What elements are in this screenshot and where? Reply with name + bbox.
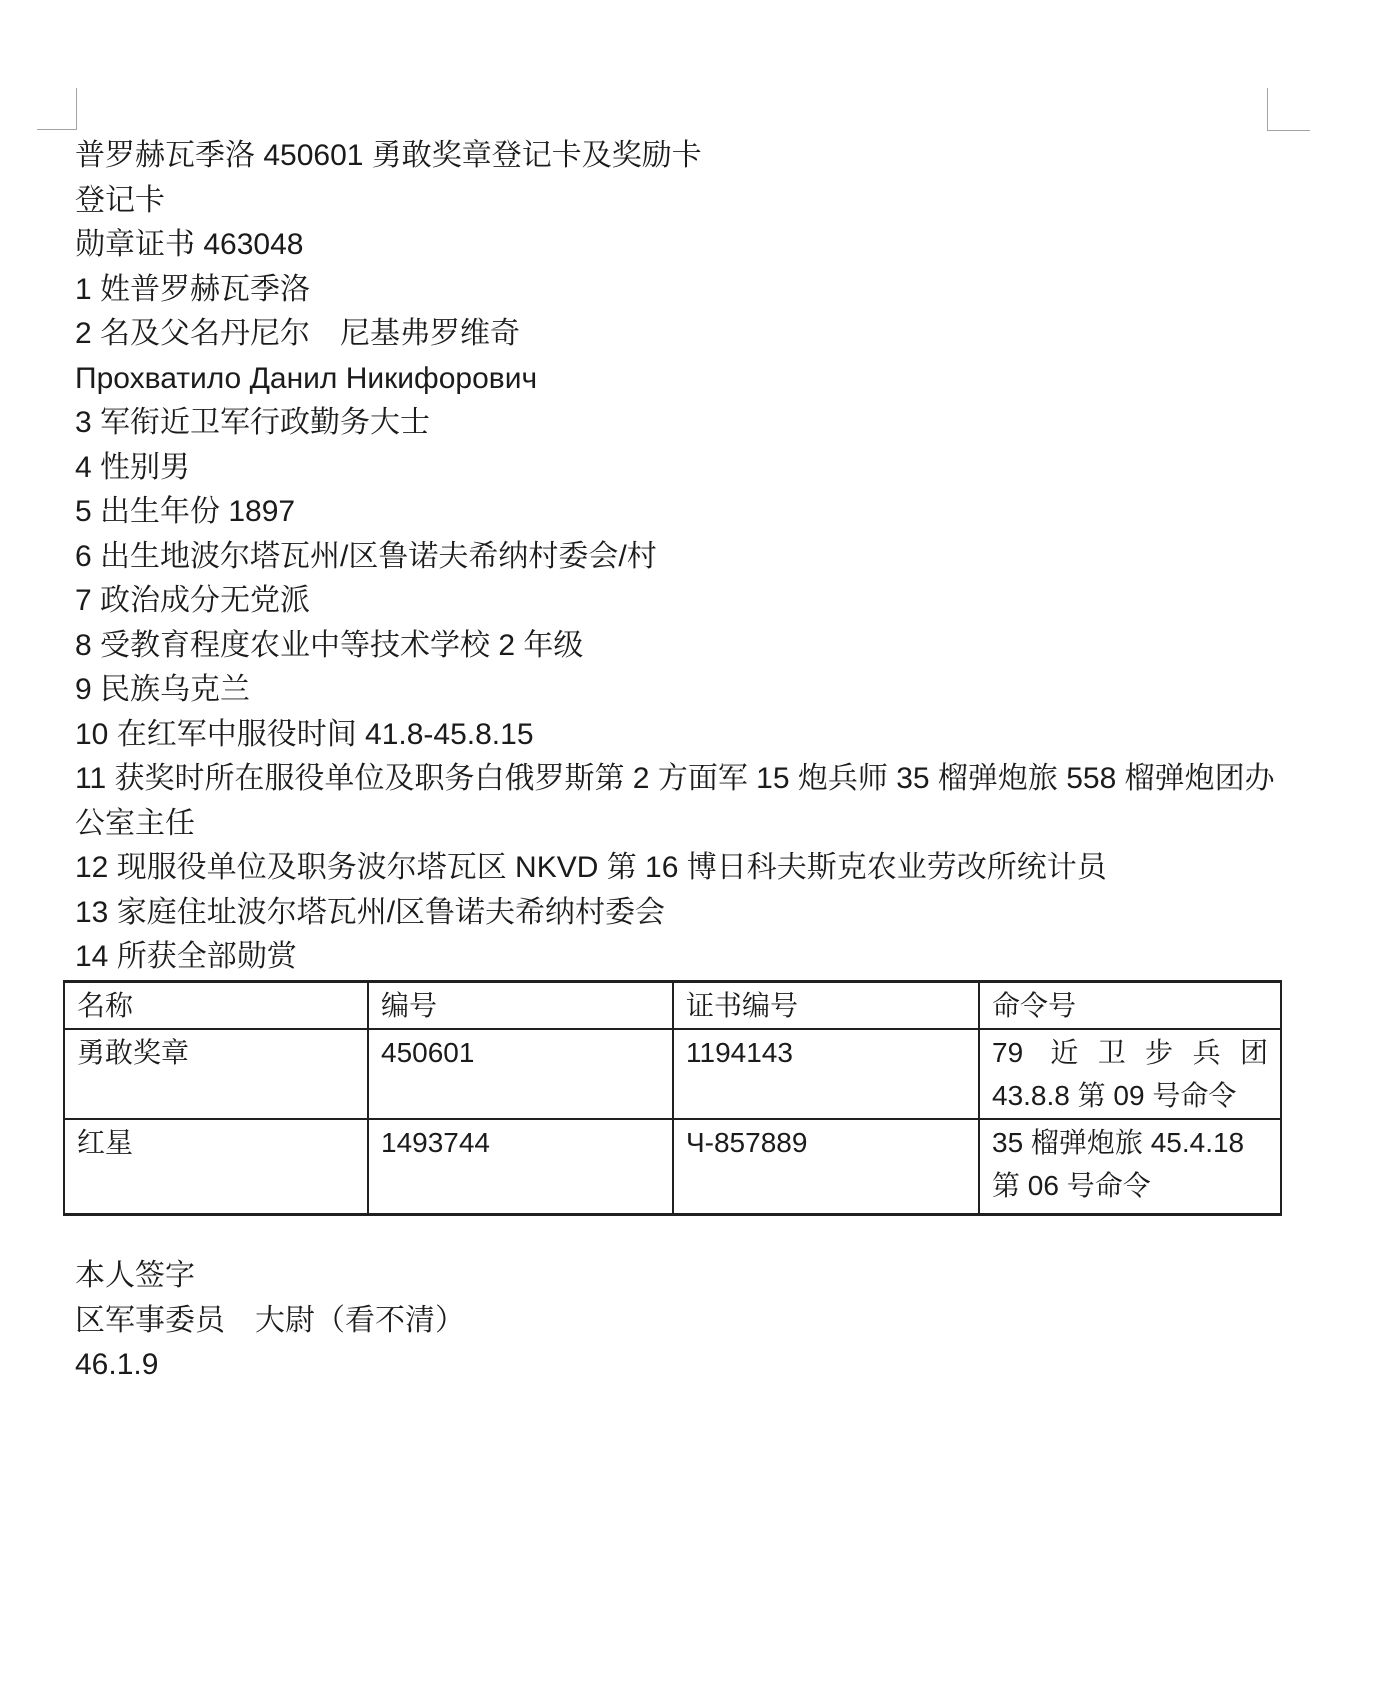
field-award-unit-position: 11 获奖时所在服役单位及职务白俄罗斯第 2 方面军 15 炮兵师 35 榴弹炮… [75, 757, 1290, 802]
document-page: 普罗赫瓦季洛 450601 勇敢奖章登记卡及奖励卡 登记卡 勋章证书 46304… [0, 0, 1400, 1681]
awards-header-number: 编号 [368, 982, 673, 1030]
award-certificate-cell: 1194143 [673, 1029, 979, 1119]
awards-table-header-row: 名称 编号 证书编号 命令号 [64, 982, 1281, 1030]
field-home-address: 13 家庭住址波尔塔瓦州/区鲁诺夫希纳村委会 [75, 891, 1290, 936]
medal-certificate-line: 勋章证书 463048 [75, 223, 1290, 268]
award-number-cell: 1493744 [368, 1119, 673, 1214]
award-row-medal-for-courage: 勇敢奖章 450601 1194143 79 近卫步兵团 43.8.8 第 09… [64, 1029, 1281, 1119]
awards-header-certificate-number: 证书编号 [673, 982, 979, 1030]
field-current-unit-position: 12 现服役单位及职务波尔塔瓦区 NKVD 第 16 博日科夫斯克农业劳改所统计… [75, 846, 1290, 891]
award-number-cell: 450601 [368, 1029, 673, 1119]
awards-header-name: 名称 [64, 982, 368, 1030]
field-political-affiliation: 7 政治成分无党派 [75, 579, 1290, 624]
document-footer: 本人签字 区军事委员 大尉（看不清） 46.1.9 [75, 1254, 1290, 1388]
awards-table: 名称 编号 证书编号 命令号 勇敢奖章 450601 1194143 79 近卫… [63, 980, 1282, 1216]
award-certificate-cell: Ч-857889 [673, 1119, 979, 1214]
order-line: 79 近卫步兵团 [992, 1031, 1268, 1074]
date-line: 46.1.9 [75, 1343, 1290, 1388]
field-awards-heading: 14 所获全部勋赏 [75, 935, 1290, 980]
award-order-cell: 35 榴弹炮旅 45.4.18 第 06 号命令 [979, 1119, 1281, 1214]
field-name-russian: Прохватило Данил Никифорович [75, 357, 1290, 402]
crop-mark-top-left-icon [37, 88, 77, 130]
order-line: 第 06 号命令 [992, 1164, 1268, 1207]
commissar-line: 区军事委员 大尉（看不清） [75, 1299, 1290, 1344]
field-award-unit-position-cont: 公室主任 [75, 802, 1290, 847]
field-birthplace: 6 出生地波尔塔瓦州/区鲁诺夫希纳村委会/村 [75, 535, 1290, 580]
card-type-line: 登记卡 [75, 179, 1290, 224]
field-rank: 3 军衔近卫军行政勤务大士 [75, 401, 1290, 446]
order-line: 43.8.8 第 09 号命令 [992, 1074, 1268, 1117]
award-row-red-star: 红星 1493744 Ч-857889 35 榴弹炮旅 45.4.18 第 06… [64, 1119, 1281, 1214]
crop-mark-top-right-icon [1267, 88, 1310, 131]
field-surname: 1 姓普罗赫瓦季洛 [75, 268, 1290, 313]
field-name-patronymic: 2 名及父名丹尼尔 尼基弗罗维奇 [75, 312, 1290, 357]
field-birth-year: 5 出生年份 1897 [75, 490, 1290, 535]
signature-line: 本人签字 [75, 1254, 1290, 1299]
award-name-cell: 红星 [64, 1119, 368, 1214]
field-service-period: 10 在红军中服役时间 41.8-45.8.15 [75, 713, 1290, 758]
title-line: 普罗赫瓦季洛 450601 勇敢奖章登记卡及奖励卡 [75, 134, 1290, 179]
field-sex: 4 性别男 [75, 446, 1290, 491]
field-nationality: 9 民族乌克兰 [75, 668, 1290, 713]
award-name-cell: 勇敢奖章 [64, 1029, 368, 1119]
order-line: 35 榴弹炮旅 45.4.18 [992, 1121, 1268, 1164]
field-education: 8 受教育程度农业中等技术学校 2 年级 [75, 624, 1290, 669]
awards-header-order-number: 命令号 [979, 982, 1281, 1030]
document-body: 普罗赫瓦季洛 450601 勇敢奖章登记卡及奖励卡 登记卡 勋章证书 46304… [75, 134, 1290, 980]
award-order-cell: 79 近卫步兵团 43.8.8 第 09 号命令 [979, 1029, 1281, 1119]
